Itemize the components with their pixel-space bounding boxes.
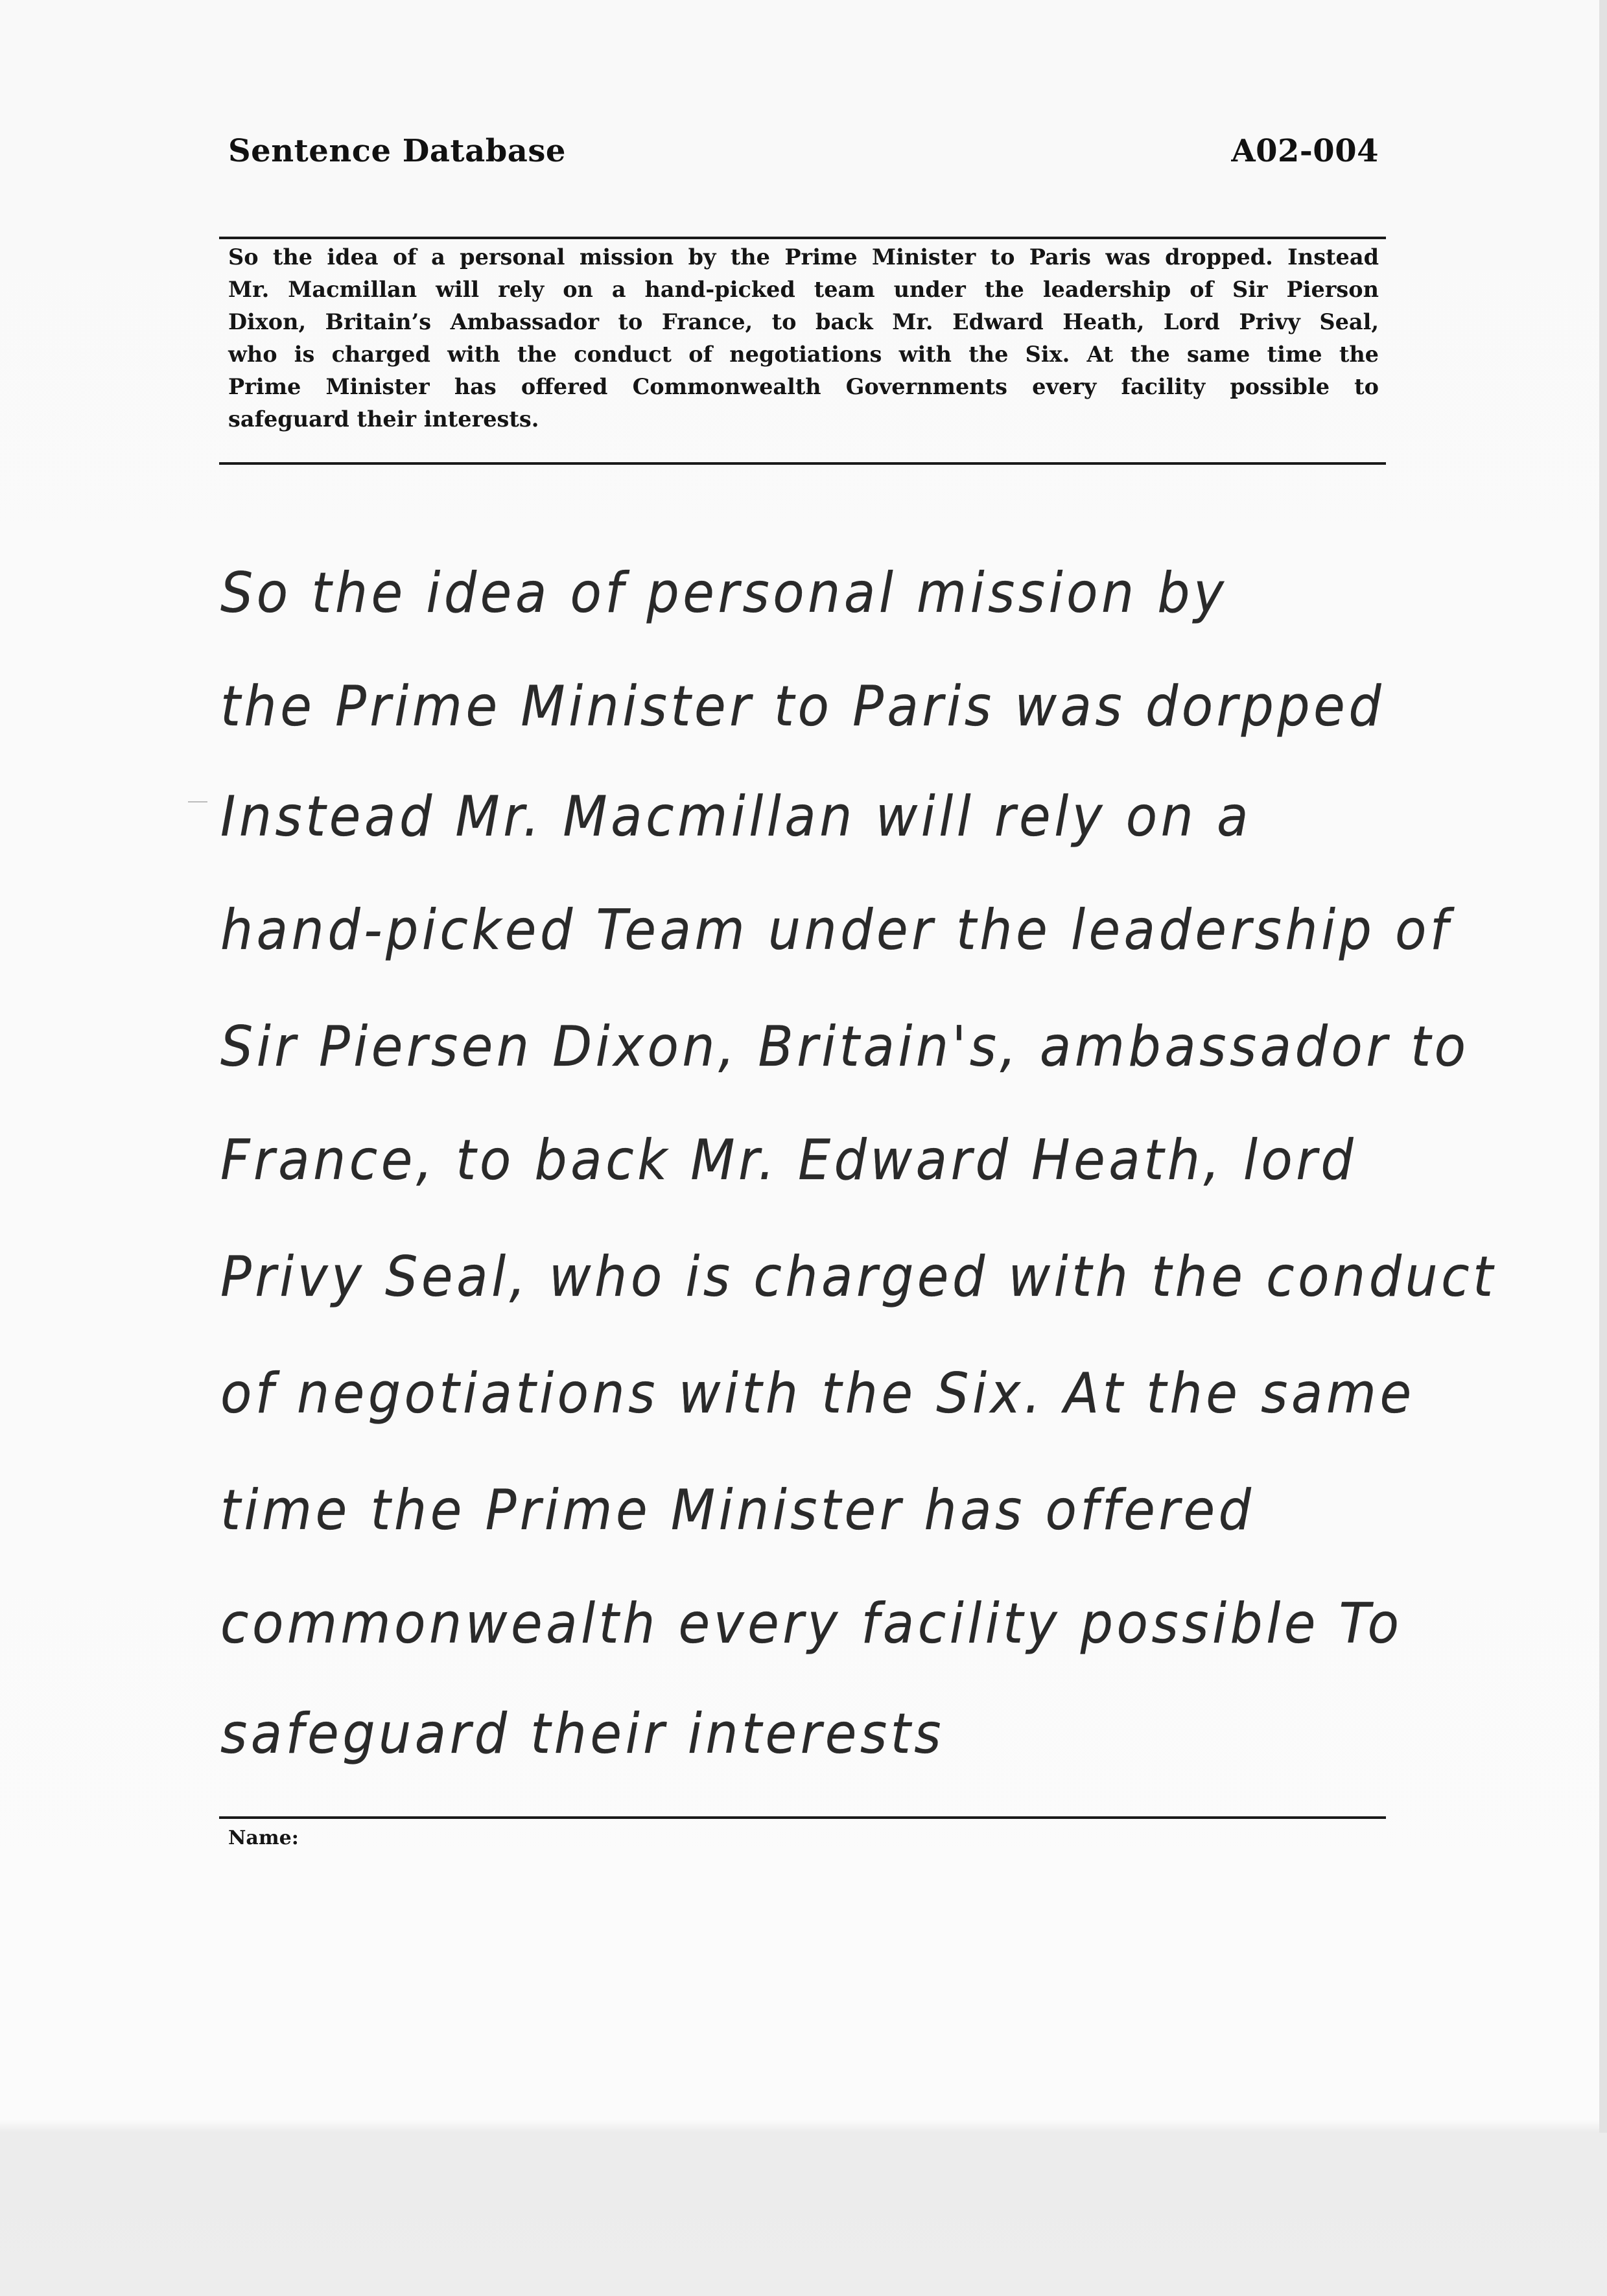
handwritten-line: Sir Piersen Dixon, Britain's, ambassador… bbox=[220, 1014, 1470, 1079]
scan-edge bbox=[1599, 0, 1607, 2133]
printed-line: safeguard their interests. bbox=[228, 403, 1379, 436]
printed-line: Mr. Macmillan will rely on a hand-picked… bbox=[228, 274, 1379, 306]
handwritten-line: safeguard their interests bbox=[220, 1702, 944, 1766]
handwritten-line: Instead Mr. Macmillan will rely on a bbox=[220, 784, 1252, 849]
printed-line: who is charged with the conduct of negot… bbox=[228, 338, 1379, 371]
name-rule bbox=[219, 1816, 1386, 1819]
scanned-form-page: Sentence Database A02-004 So the idea of… bbox=[0, 0, 1607, 2296]
top-rule bbox=[219, 237, 1386, 239]
stray-pen-mark bbox=[188, 801, 207, 802]
handwritten-line: France, to back Mr. Edward Heath, lord bbox=[220, 1128, 1357, 1193]
form-title: Sentence Database bbox=[228, 133, 566, 169]
printed-line: Dixon, Britain’s Ambassador to France, t… bbox=[228, 306, 1379, 338]
handwritten-line: time the Prime Minister has offered bbox=[220, 1478, 1254, 1543]
form-id: A02-004 bbox=[1231, 133, 1379, 169]
printed-block-bottom-rule bbox=[219, 462, 1386, 465]
handwritten-line: commonwealth every facility possible To bbox=[220, 1591, 1403, 1656]
printed-sentence-block: So the idea of a personal mission by the… bbox=[228, 241, 1379, 436]
printed-line: Prime Minister has offered Commonwealth … bbox=[228, 371, 1379, 403]
handwritten-line: of negotiations with the Six. At the sam… bbox=[220, 1361, 1415, 1426]
printed-line: So the idea of a personal mission by the… bbox=[228, 241, 1379, 274]
handwritten-line: So the idea of personal mission by bbox=[220, 561, 1227, 626]
handwritten-line: Privy Seal, who is charged with the cond… bbox=[220, 1245, 1497, 1309]
handwritten-line: the Prime Minister to Paris was dorpped bbox=[220, 674, 1385, 739]
handwritten-line: hand-picked Team under the leadership of bbox=[220, 898, 1451, 963]
name-label: Name: bbox=[228, 1827, 299, 1849]
